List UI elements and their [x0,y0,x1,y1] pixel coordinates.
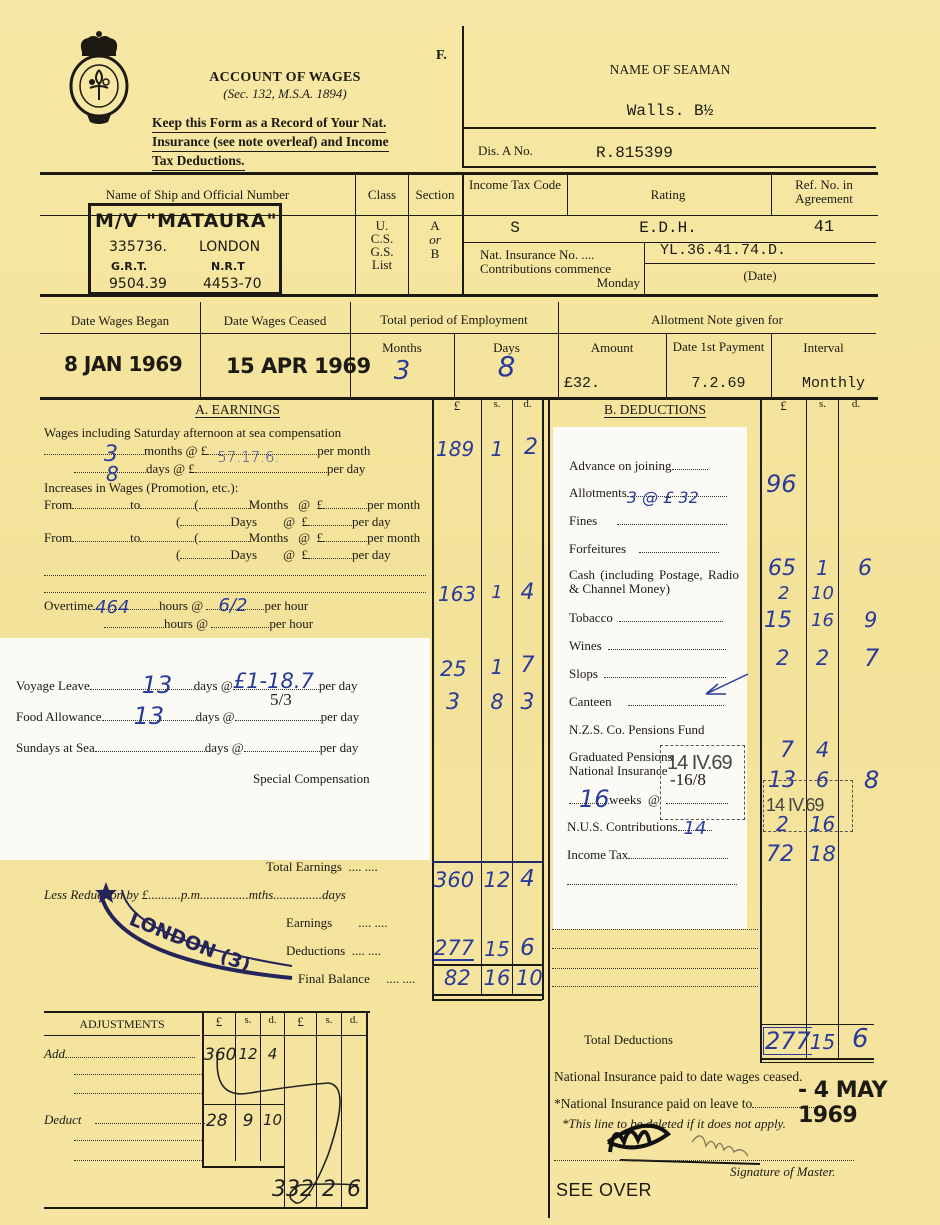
earnings-pounds-header: £ [433,398,481,414]
final-balance-label: Final Balance .... .... [298,971,415,987]
rating-header: Rating [568,187,768,203]
wage-account-form: F. ACCOUNT OF WAGES (Sec. 132, M.S.A. 18… [0,0,940,1225]
adj-pounds-header-1: £ [203,1014,235,1030]
blank-line [552,968,758,969]
deduction-nzs-pensions: N.Z.S. Co. Pensions Fund [569,722,704,738]
wages-shillings[interactable]: 1 [482,437,512,461]
board-of-trade-emblem-icon [68,30,130,130]
months-text: months @ £ [144,443,207,458]
blank-line [44,575,426,576]
deduct-line: Deduct [44,1112,205,1128]
radio-shillings[interactable]: 10 [807,583,838,604]
overtime-hours: 464 [95,597,129,618]
ni-label-line3: Monday [480,276,640,290]
deductions-pence-header: d. [839,398,873,410]
to-label: to [130,530,140,545]
final-balance-shillings[interactable]: 16 [482,966,512,990]
ceased-header: Date Wages Ceased [200,313,350,329]
first-payment-value[interactable]: 7.2.69 [666,375,771,392]
blank-line [44,592,426,593]
tax-code-value[interactable]: S [464,219,566,237]
seaman-name-label: NAME OF SEAMAN [470,62,870,78]
voyage-leave-shillings[interactable]: 1 [482,655,512,679]
sundays-label: Sundays at Sea [16,740,95,755]
seaman-name-value[interactable]: Walls. B½ [470,102,870,120]
wines-pounds[interactable]: 2 [776,646,789,670]
adj-shillings-header-2: s. [317,1014,341,1026]
food-allowance-label: Food Allowance [16,709,102,724]
overtime-line-2: hours @ per hour [104,616,313,632]
tobacco-shillings[interactable]: 16 [807,610,838,631]
interval-header: Interval [771,340,876,356]
ni-pence[interactable]: 8 [864,766,879,794]
ni-label: Nat. Insurance No. .... Contributions co… [480,248,640,290]
voyage-leave-pounds[interactable]: 25 [440,657,467,681]
food-allowance-line: Food Allowance13days @per day [16,709,359,725]
wines-label: Wines [569,638,602,653]
ni-paid-label: National Insurance paid to date wages ce… [554,1069,803,1085]
deduction-nus: N.U.S. Contributions14 [567,819,712,835]
monthly-rate-field[interactable]: 57.17.6. [207,454,317,455]
class-options: U.C.S.G.S.List [358,219,406,271]
tobacco-pence[interactable]: 9 [864,608,877,632]
class-header: Class [356,187,408,203]
first-payment-header: Date 1st Payment [666,340,771,354]
dis-a-no-label: Dis. A No. [478,143,533,159]
began-header: Date Wages Began [40,313,200,329]
months-word: Months [249,530,289,545]
food-days-field[interactable]: 13 [102,720,196,721]
ni-label-line1: Nat. Insurance No. .... [480,248,640,262]
overtime-shillings[interactable]: 1 [482,582,512,603]
months-header: Months [350,340,454,356]
notice-line-3: Tax Deductions. [152,152,245,171]
voyage-leave-label: Voyage Leave [16,678,90,693]
cash-label: Cash (including Postage, Radio & Channel… [569,568,739,596]
increase-row-2-days: (Days @ £per day [176,547,391,563]
amount-header: Amount [558,340,666,356]
deduct-label: Deduct [44,1112,82,1127]
nrt-label: N.R.T [211,260,245,273]
adj-pence-header-1: d. [261,1014,284,1026]
overtime-line: Overtime464hours @ 6/2per hour [44,598,308,614]
food-rate-value[interactable]: 5/3 [270,690,292,710]
adj-pounds-header-2: £ [285,1014,316,1030]
from-label: From [44,497,72,512]
notice-line-2: Insurance (see note overleaf) and Income [152,133,389,152]
deductions-pounds-header: £ [761,398,806,414]
section-header: Section [408,187,462,203]
total-deductions-label: Total Deductions [584,1032,673,1048]
form-code: F. [436,48,447,64]
add-line: Add [44,1046,195,1062]
graduated-pensions-text: Graduated Pensions [569,750,673,764]
total-earnings-pence[interactable]: 4 [513,866,542,892]
total-earnings-label: Total Earnings .... .... [266,859,378,875]
wages-days-line: 8days @ £per day [74,461,365,477]
per-day-text: per day [352,514,391,529]
slops-label: Slops [569,666,598,681]
deductions-pounds[interactable]: 277 [434,937,474,961]
deduction-fines: Fines [569,513,727,529]
graduated-pensions-pounds[interactable]: 7 [780,738,794,763]
deduction-tobacco: Tobacco [569,610,723,626]
ship-name: M/V "MATAURA" [95,210,277,232]
blank-line [552,929,758,930]
increase-row-2-months: Fromto(Months @ £per month [44,530,420,546]
ni-leave-label: *National Insurance paid on leave to [554,1096,752,1111]
stamp-date-text: 14 IV.69 [667,752,732,775]
earnings-heading: A. EARNINGS [40,402,435,418]
interval-value[interactable]: Monthly [802,375,865,392]
post-office-stamp-1: 14 IV.69 [660,745,745,820]
overtime-hours-field[interactable]: 464 [93,609,159,610]
cash-shillings[interactable]: 1 [807,556,838,580]
blank-line [74,1140,202,1141]
graduated-pensions-shillings[interactable]: 4 [807,738,838,762]
final-balance-text: Final Balance [298,971,370,986]
to-label: to [130,497,140,512]
nus-shillings[interactable]: 16 [807,812,838,836]
notice-line-1: Keep this Form as a Record of Your Nat. [152,114,386,133]
per-day-text: per day [321,709,360,724]
ship-name-header: Name of Ship and Official Number [40,187,355,203]
adj-shillings-header-1: s. [236,1014,260,1026]
ni-leave-date-stamp[interactable]: - 4 MAY 1969 [798,1078,940,1128]
form-title: ACCOUNT OF WAGES [150,70,420,86]
total-deductions-shillings[interactable]: 15 [807,1030,838,1054]
final-balance-pounds[interactable]: 82 [444,966,471,990]
voyage-leave-days: 13 [142,671,173,699]
deductions-shillings-header: s. [807,398,838,410]
allotment-header: Allotment Note given for [558,312,876,328]
ship-stamp: M/V "MATAURA" 335736. LONDON G.R.T. N.R.… [88,203,282,295]
wages-pence[interactable]: 2 [513,435,549,460]
nus-label: N.U.S. Contributions [567,819,678,834]
special-compensation-label: Special Compensation [253,771,370,787]
tobacco-pounds[interactable]: 15 [764,608,792,633]
nrt-value: 4453-70 [203,276,262,292]
signature-label: Signature of Master. [730,1164,835,1180]
radio-pounds[interactable]: 2 [778,583,789,604]
total-period-header: Total period of Employment [350,312,558,328]
days-field[interactable]: 8 [74,472,146,473]
blank-line [552,948,758,949]
per-day-text: per day [320,740,359,755]
days-value[interactable]: 8 [455,350,558,383]
allotments-label: Allotments [569,485,627,500]
nus-pounds[interactable]: 2 [776,812,789,836]
increase-row-1-months: Fromto(Months @ £per month [44,497,420,513]
leader-dots: .... .... [352,943,381,958]
grt-value: 9504.39 [109,276,167,292]
forfeitures-label: Forfeitures [569,541,626,556]
overtime-rate-field[interactable]: 6/2 [206,609,264,610]
per-day-text: per day [327,461,366,476]
months-field[interactable]: 3 [44,454,144,455]
deductions-heading: B. DEDUCTIONS [550,402,760,418]
official-number: 335736. [109,239,167,255]
per-month-text: per month [317,443,370,458]
allotments-pounds[interactable]: 96 [766,470,797,498]
earnings-shillings-header: s. [482,398,512,410]
days-word: Days [230,547,257,562]
overtime-rate: 6/2 [218,595,247,616]
food-allowance-shillings[interactable]: 8 [482,690,512,714]
allotment-amount-value[interactable]: £32. [564,375,600,392]
see-over-label: SEE OVER [556,1180,652,1201]
per-hour-text: per hour [269,616,313,631]
dis-a-no-value[interactable]: R.815399 [596,144,673,162]
date-ceased-value[interactable]: 15 APR 1969 [226,354,371,378]
section-options: A or B [410,219,460,261]
deductions-pence[interactable]: 6 [513,935,542,961]
months-word: Months [249,497,289,512]
per-day-text: per day [352,547,391,562]
master-signature [600,1112,800,1172]
total-earnings-text: Total Earnings [266,859,342,874]
blank-line [74,1160,202,1161]
adjustments-heading: ADJUSTMENTS [44,1017,200,1032]
sundays-line: Sundays at Seadays @per day [16,740,358,756]
ref-no-value[interactable]: 41 [772,218,876,237]
ref-no-header: Ref. No. in Agreement [772,178,876,206]
income-tax-label: Income Tax [567,847,628,862]
advance-label: Advance on joining [569,458,672,473]
deductions-shillings[interactable]: 15 [482,937,512,961]
earnings-heading-text: A. EARNINGS [195,402,280,418]
voyage-leave-pence[interactable]: 7 [513,653,542,678]
section-a: A [430,218,439,233]
ni-pounds[interactable]: 13 [768,768,796,793]
overtime-pence[interactable]: 4 [513,580,542,605]
final-balance-pence[interactable]: 10 [516,966,543,990]
date-label: (Date) [645,268,875,284]
tobacco-label: Tobacco [569,610,613,625]
wages-months-line: 3months @ £57.17.6.per month [44,443,370,459]
ni-number-value[interactable]: YL.36.41.74.D. [660,242,786,259]
voyage-leave-line: Voyage Leave13days @£1-18.7per day [16,678,357,694]
deduction-allotments: Allotments3 @ £ 32 [569,485,727,501]
per-hour-text: per hour [264,598,308,613]
per-day-text: per day [319,678,358,693]
national-insurance-text: National Insurance [569,764,673,778]
ni-shillings[interactable]: 6 [807,768,838,792]
ni-leave-line: *National Insurance paid on leave to [554,1096,824,1112]
fines-label: Fines [569,513,597,528]
per-month-text: per month [367,497,420,512]
deduction-advance: Advance on joining [569,458,708,474]
total-deductions-pounds[interactable]: 277 [763,1027,812,1055]
overtime-label: Overtime [44,598,93,613]
deductions-heading-text: B. DEDUCTIONS [604,402,706,418]
voyage-leave-days-field[interactable]: 13 [90,689,194,690]
canteen-label: Canteen [569,694,612,709]
wines-shillings[interactable]: 2 [807,646,838,670]
blank-line [567,884,737,885]
graduated-pensions-label: Graduated Pensions National Insurance [569,750,673,778]
allotments-detail[interactable]: 3 @ £ 32 [627,488,699,507]
port-of-registry: LONDON [199,239,260,255]
pen-stroke-mark [210,1045,370,1210]
total-earnings-pounds[interactable]: 360 [434,868,474,892]
food-days: 13 [134,702,165,730]
london-port-stamp: LONDON (3) [92,880,302,990]
signature-line[interactable] [554,1160,854,1161]
ni-weeks-count[interactable]: 16 [579,785,610,813]
record-notice: Keep this Form as a Record of Your Nat. … [152,114,389,171]
total-earnings-shillings[interactable]: 12 [482,868,512,892]
date-began-value[interactable]: 8 JAN 1969 [64,352,182,376]
tax-code-header: Income Tax Code [464,178,566,192]
total-deductions-pence[interactable]: 6 [852,1024,869,1054]
income-tax-pounds[interactable]: 72 [766,842,794,867]
income-tax-shillings[interactable]: 18 [807,842,838,866]
nus-weeks[interactable]: 14 [684,818,707,839]
leader-dots: .... .... [358,915,387,930]
deduction-income-tax: Income Tax [567,847,728,863]
wages-pounds[interactable]: 189 [436,437,474,461]
food-allowance-pence[interactable]: 3 [513,690,542,715]
cash-pence[interactable]: 6 [858,556,872,581]
section-or: or [429,232,441,247]
per-month-text: per month [367,530,420,545]
ni-label-line2: Contributions commence [480,262,640,276]
add-label: Add [44,1046,65,1061]
leader-dots: .... .... [349,859,378,874]
arrow-mark-icon [700,672,750,700]
hours-text: hours @ [164,616,208,631]
blank-line [74,1074,202,1075]
increases-label: Increases in Wages (Promotion, etc.): [44,480,238,496]
hours-text: hours @ [159,598,203,613]
wines-pence[interactable]: 7 [864,644,879,672]
cash-pounds[interactable]: 65 [768,556,796,581]
food-allowance-pounds[interactable]: 3 [446,690,460,715]
increase-row-1-days: (Days @ £per day [176,514,391,530]
overtime-pounds[interactable]: 163 [438,582,476,606]
deduction-forfeitures: Forfeitures [569,541,719,557]
days-text: days @ £ [146,461,195,476]
leader-dots: .... .... [386,971,415,986]
section-b: B [431,246,440,261]
blank-line [74,1093,202,1094]
grt-label: G.R.T. [111,260,147,273]
form-subtitle: (Sec. 132, M.S.A. 1894) [150,86,420,102]
blank-line [552,986,758,987]
earnings-pence-header: d. [513,398,542,410]
rating-value[interactable]: E.D.H. [568,219,768,237]
deduction-wines: Wines [569,638,726,654]
wages-label: Wages including Saturday afternoon at se… [44,425,426,441]
months-value[interactable]: 3 [350,356,454,386]
from-label: From [44,530,72,545]
adj-pence-header-2: d. [342,1014,366,1026]
days-word: Days [230,514,257,529]
